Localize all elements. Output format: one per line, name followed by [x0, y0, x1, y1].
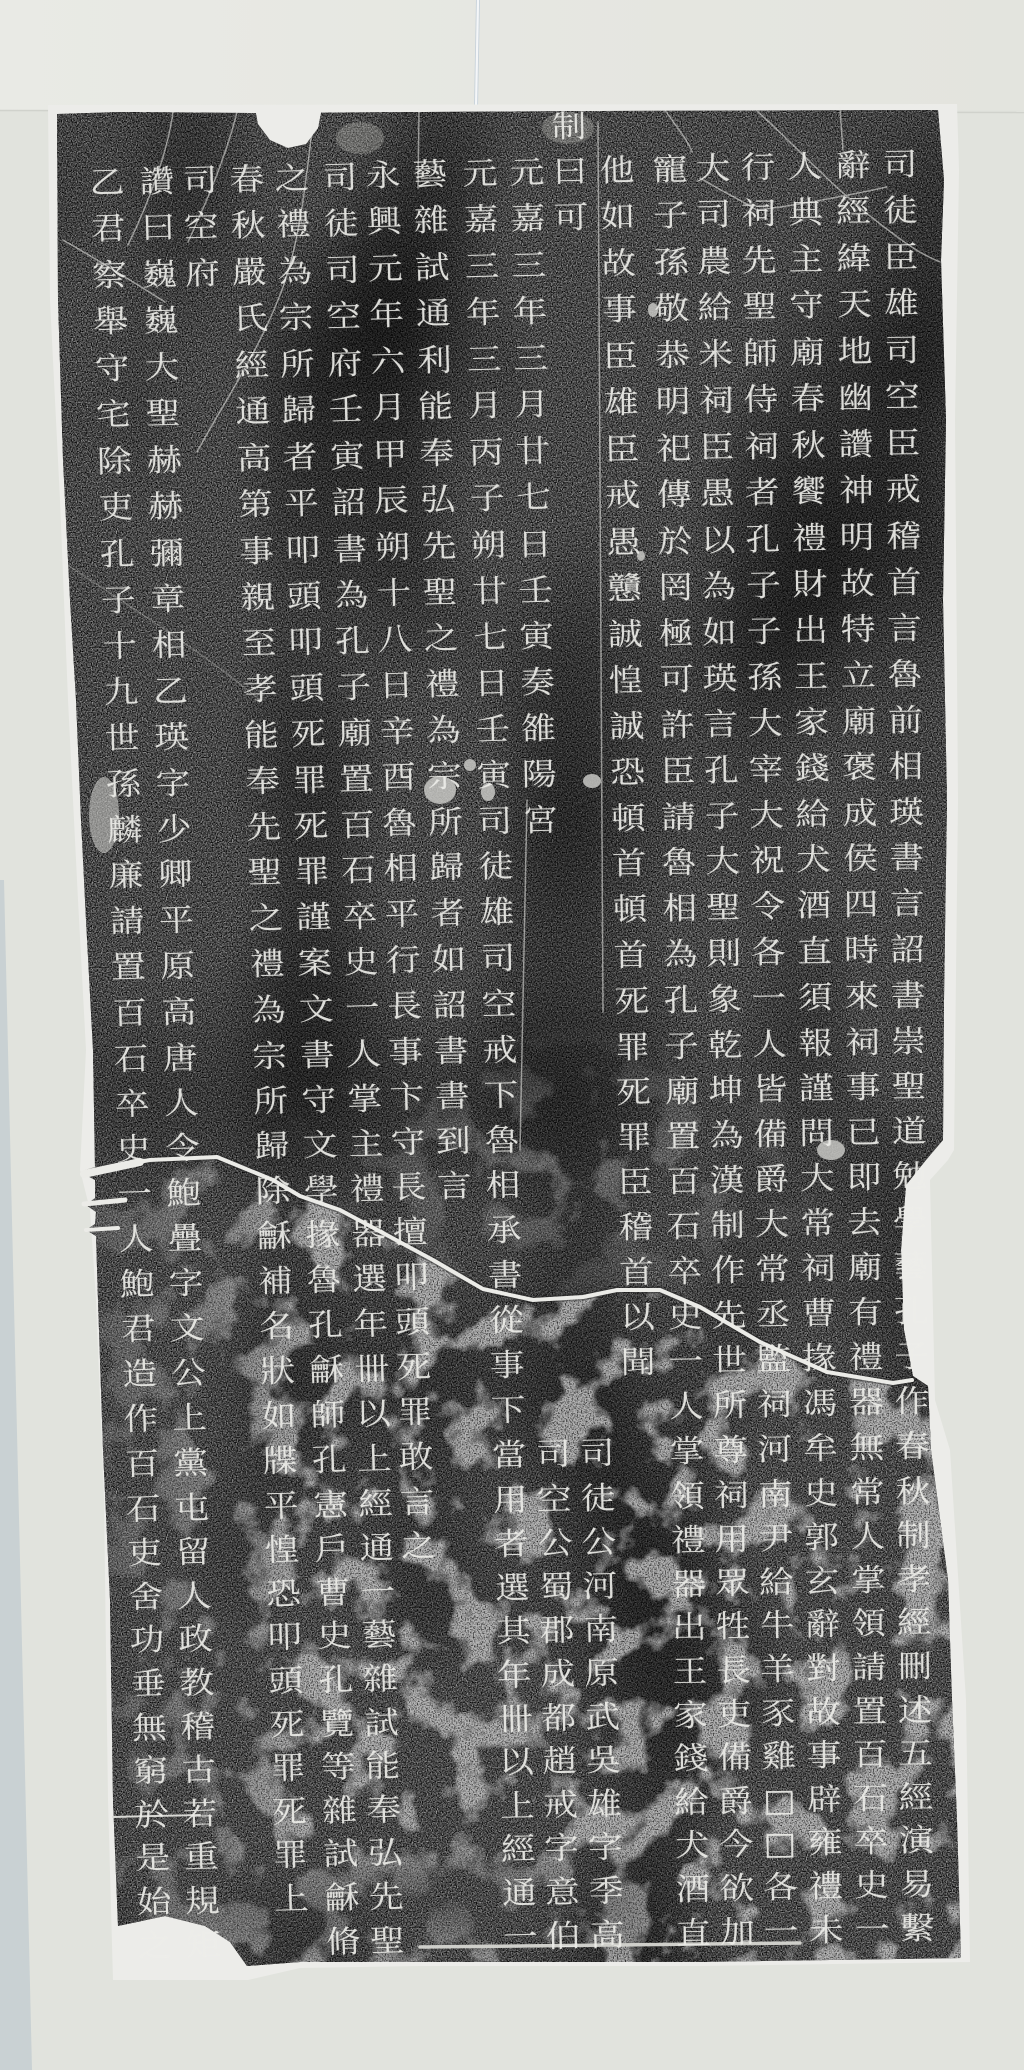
inscription-character: 主 — [781, 237, 831, 284]
inscription-character: 世 — [97, 716, 148, 763]
inscription-character: 報 — [791, 1021, 841, 1067]
inscription-character: 氏 — [225, 295, 275, 343]
inscription-character: 聖 — [362, 1919, 412, 1964]
inscription-character: 第 — [230, 481, 280, 529]
inscription-character: 徒 — [573, 1476, 623, 1522]
inscription-character: 常 — [793, 1201, 843, 1247]
inscription-character: 戇 — [599, 566, 649, 613]
inscription-character: 壬 — [321, 386, 372, 434]
inscription-character: 乾 — [700, 1023, 750, 1069]
inscription-character: 宗 — [419, 754, 469, 801]
inscription-character: 書 — [883, 973, 933, 1019]
inscription-character: 嘉 — [503, 196, 553, 244]
inscription-character: 丙 — [461, 430, 511, 478]
inscription-character: 司 — [175, 157, 226, 205]
inscription-character: 去 — [840, 1200, 890, 1246]
inscription-character: 象 — [700, 977, 750, 1023]
inscription-character: 家 — [787, 700, 837, 746]
inscription-character: 大 — [137, 344, 187, 392]
inscription-character: 大 — [792, 1156, 842, 1202]
inscription-character: 十 — [94, 624, 145, 671]
inscription-character: 尊 — [706, 1429, 756, 1475]
inscription-character: 爵 — [746, 1157, 796, 1203]
inscription-character: 弘 — [413, 477, 463, 525]
inscription-character: 侯 — [836, 836, 886, 882]
inscription-character: 公 — [574, 1521, 624, 1566]
inscription-character: 雄 — [596, 380, 646, 427]
inscription-character: 五 — [891, 1732, 941, 1776]
inscription-character: 豕 — [753, 1692, 803, 1736]
inscription-character: 可 — [546, 195, 596, 243]
inscription-character: 卒 — [846, 1821, 896, 1865]
blank-cell — [517, 889, 567, 936]
inscription-character: 為 — [243, 987, 293, 1034]
inscription-character: 犬 — [788, 838, 838, 884]
inscription-character: 奉 — [359, 1788, 409, 1833]
inscription-character: 守 — [294, 1077, 345, 1123]
inscription-character: 如 — [424, 937, 474, 984]
inscription-character: 經 — [227, 342, 277, 390]
inscription-character: 故 — [799, 1691, 849, 1735]
inscription-character: 三 — [504, 243, 554, 291]
inscription-character: 選 — [487, 1567, 537, 1612]
inscription-character: 河 — [750, 1427, 800, 1473]
inscription-character: 赫 — [139, 437, 189, 485]
inscription-character: 廟 — [657, 1070, 707, 1116]
inscription-character: 孔 — [738, 517, 788, 564]
inscription-character: 首 — [879, 560, 929, 607]
inscription-character: 都 — [534, 1697, 584, 1742]
inscription-character: 牲 — [708, 1606, 758, 1650]
inscription-character: 經 — [829, 189, 879, 236]
inscription-character: 孫 — [740, 655, 790, 701]
inscription-character: 之 — [241, 895, 291, 942]
inscription-character: 從 — [481, 1298, 531, 1344]
inscription-character: 至 — [234, 621, 284, 668]
inscription-character: 褒 — [835, 745, 885, 791]
inscription-character: 已 — [839, 1110, 889, 1156]
inscription-character: 眾 — [708, 1562, 758, 1606]
inscription-character: 一 — [353, 1570, 403, 1615]
inscription-column-16: 司空府 — [177, 157, 225, 298]
inscription-character: 牟 — [796, 1426, 846, 1472]
inscription-character: 試 — [356, 1701, 406, 1746]
inscription-character: 三 — [457, 244, 507, 292]
inscription-character: 請 — [654, 795, 704, 841]
inscription-character: 廟 — [834, 699, 884, 745]
inscription-character: 史 — [309, 1614, 360, 1659]
inscription-character: 府 — [320, 340, 371, 388]
inscription-character: 為 — [326, 572, 377, 620]
inscription-character: 龢 — [249, 1214, 299, 1260]
inscription-character: 置 — [658, 1115, 708, 1161]
inscription-character: 奉 — [412, 431, 462, 479]
inscription-character: 則 — [699, 931, 749, 977]
inscription-character: 極 — [651, 612, 701, 658]
inscription-character: 長 — [709, 1649, 759, 1693]
inscription-character: 稽 — [173, 1705, 223, 1750]
inscription-character: 春 — [783, 376, 833, 423]
inscription-character: 酒 — [668, 1868, 718, 1912]
inscription-character: 人 — [745, 1022, 795, 1068]
inscription-character: 公 — [530, 1522, 580, 1567]
inscription-character: 常 — [747, 1247, 797, 1293]
inscription-character: 各 — [743, 930, 793, 976]
inscription-character: 祠 — [706, 1474, 756, 1520]
inscription-character: 掾 — [298, 1212, 349, 1258]
inscription-character: 空 — [176, 204, 227, 252]
inscription-character: 他 — [592, 148, 642, 195]
inscription-character: 卒 — [107, 1082, 157, 1128]
inscription-character: 祠 — [793, 1246, 843, 1292]
inscription-character: 府 — [177, 250, 228, 298]
inscription-character: 到 — [428, 1119, 478, 1165]
blank-cell — [565, 1116, 615, 1162]
inscription-character: 欲 — [712, 1867, 762, 1911]
blank-cell — [527, 1387, 577, 1433]
inscription-character: 漢 — [702, 1159, 752, 1205]
inscription-character: 令 — [743, 884, 793, 930]
inscription-character: 司 — [470, 799, 520, 846]
inscription-character: 聖 — [698, 885, 748, 931]
inscription-character: 一 — [661, 1340, 711, 1386]
inscription-character: 愚 — [693, 471, 743, 518]
inscription-character: 子 — [887, 1334, 937, 1379]
inscription-character: 唐 — [155, 1035, 205, 1082]
inscription-character: 未 — [801, 1909, 851, 1953]
inscription-character: 憲 — [305, 1482, 356, 1528]
inscription-character: 司 — [315, 154, 366, 202]
inscription-character: 當 — [484, 1433, 534, 1479]
inscription-character: 直 — [668, 1912, 718, 1956]
inscription-character: 鮑 — [112, 1262, 162, 1308]
inscription-character: 字 — [148, 760, 198, 807]
inscription-character: 死 — [607, 979, 657, 1026]
inscription-character: 大 — [742, 793, 792, 839]
inscription-character: 聖 — [240, 850, 290, 897]
inscription-character: 朔 — [463, 523, 513, 571]
inscription-character: 須 — [790, 975, 840, 1021]
inscription-character: 勉 — [885, 1154, 935, 1199]
inscription-character: 書 — [480, 1253, 530, 1299]
blank-cell — [518, 935, 568, 982]
inscription-character: 寅 — [511, 615, 561, 662]
inscription-character: 通 — [352, 1526, 402, 1571]
inscription-character: 孔 — [304, 1437, 355, 1483]
inscription-character: 人 — [843, 1515, 893, 1559]
inscription-character: 能 — [236, 712, 286, 759]
inscription-character: 年 — [361, 292, 411, 340]
blank-cell — [552, 474, 602, 522]
inscription-character: 矩 — [178, 1923, 228, 1968]
blank-cell — [567, 1206, 617, 1252]
inscription-character: 覽 — [312, 1701, 363, 1746]
inscription-character: 辟 — [800, 1778, 850, 1822]
inscription-character: 玄 — [797, 1560, 847, 1604]
inscription-character: 伯 — [538, 1915, 588, 1960]
inscription-character: 大 — [688, 146, 738, 193]
blank-cell — [516, 844, 566, 891]
inscription-character: 蜀 — [531, 1566, 581, 1611]
inscription-character: 王 — [665, 1650, 715, 1694]
inscription-character: 頓 — [605, 887, 655, 934]
inscription-character: 事 — [838, 1065, 888, 1111]
inscription-character: 巍 — [134, 251, 184, 299]
inscription-character: 今 — [711, 1824, 761, 1868]
inscription-character: 故 — [594, 241, 644, 288]
inscription-character: 功 — [122, 1619, 172, 1664]
inscription-character: 平 — [151, 898, 201, 945]
inscription-character: 規 — [177, 1879, 227, 1924]
inscription-character: 司 — [875, 142, 925, 189]
inscription-character: 脩 — [318, 1919, 369, 1964]
inscription-character: 司 — [572, 1431, 622, 1477]
inscription-character: 孫 — [98, 761, 149, 808]
inscription-character: 子 — [328, 664, 378, 711]
blank-cell — [555, 614, 605, 661]
inscription-character: 器 — [664, 1563, 714, 1607]
blank-cell — [568, 1251, 618, 1297]
inscription-character: 疊 — [160, 1216, 210, 1262]
inscription-character: 下 — [476, 1073, 526, 1119]
inscription-character: 寅 — [322, 433, 373, 481]
inscription-character: 令 — [157, 1126, 207, 1172]
inscription-character: 尹 — [751, 1517, 801, 1561]
inscription-character: 雄 — [579, 1783, 629, 1828]
inscription-character: □ — [754, 1779, 804, 1823]
inscription-character: 主 — [341, 1121, 391, 1167]
inscription-character: 雞 — [754, 1735, 804, 1779]
inscription-character: 瑛 — [881, 790, 931, 836]
inscription-character: 一 — [847, 1908, 897, 1952]
inscription-character: 死 — [608, 1070, 658, 1116]
inscription-character: 明 — [832, 515, 882, 562]
inscription-character: 秋 — [223, 202, 273, 250]
blank-cell — [525, 1252, 575, 1298]
inscription-character: 春 — [222, 156, 272, 204]
inscription-character: 死 — [286, 803, 337, 850]
inscription-character: 秋 — [783, 423, 833, 470]
inscription-character: 一 — [109, 1172, 159, 1218]
blank-cell — [556, 659, 606, 706]
inscription-character: 歸 — [422, 846, 472, 893]
inscription-character: 祠 — [838, 1020, 888, 1066]
inscription-character: 祀 — [649, 426, 699, 473]
inscription-character: 為 — [694, 564, 744, 611]
inscription-character: 子 — [739, 563, 789, 610]
inscription-character: 能 — [410, 384, 460, 432]
inscription-character: 雍 — [800, 1822, 850, 1866]
blank-cell — [558, 751, 608, 798]
inscription-character: 九 — [96, 670, 147, 717]
inscription-character: 子 — [93, 577, 144, 625]
inscription-character: 郭 — [797, 1516, 847, 1560]
inscription-character: 許 — [652, 703, 702, 749]
inscription-character: 藝 — [354, 1613, 404, 1658]
inscription-character: 百 — [117, 1442, 167, 1488]
inscription-character: 日 — [467, 661, 517, 708]
inscription-character: 上 — [349, 1436, 399, 1482]
inscription-character: 特 — [833, 608, 883, 654]
inscription-character: 奉 — [237, 758, 287, 805]
inscription-character: 罪 — [263, 1746, 313, 1791]
inscription-character: 是 — [128, 1837, 178, 1882]
inscription-character: 雒 — [513, 706, 563, 753]
inscription-character: 先 — [704, 1294, 754, 1340]
blank-cell — [549, 335, 599, 383]
inscription-character: 禮 — [242, 941, 292, 988]
inscription-character: 空 — [474, 982, 524, 1029]
inscription-character: 子 — [462, 476, 512, 524]
inscription-character: 屯 — [167, 1486, 217, 1532]
inscription-character: 事 — [231, 528, 281, 576]
inscription-character: 者 — [423, 891, 473, 938]
inscription-character: 瑛 — [146, 714, 196, 761]
inscription-character: 上 — [164, 1396, 214, 1442]
inscription-character: 公 — [163, 1351, 213, 1397]
inscription-character: 君 — [113, 1307, 163, 1353]
inscription-character: 所 — [246, 1079, 296, 1125]
inscription-character: 用 — [485, 1478, 535, 1524]
inscription-character: 孔 — [886, 1289, 936, 1334]
inscription-character: 史 — [796, 1471, 846, 1517]
inscription-character: 財 — [785, 562, 835, 609]
inscription-character: 所 — [272, 341, 323, 389]
inscription-character: 吏 — [91, 485, 142, 533]
inscription-character: 武 — [578, 1696, 628, 1741]
inscription-character: 鮑 — [158, 1171, 208, 1217]
inscription-character: 備 — [710, 1736, 760, 1780]
inscription-character: 寅 — [469, 753, 519, 800]
blank-cell — [562, 980, 612, 1027]
inscription-character: 謹 — [288, 894, 339, 941]
inscription-character: 一 — [337, 985, 387, 1032]
blank-cell — [523, 1162, 573, 1208]
inscription-character: 作 — [116, 1397, 166, 1443]
inscription-character: 謹 — [791, 1066, 841, 1112]
inscription-character: 故 — [833, 561, 883, 608]
inscription-character: 罪 — [265, 1834, 315, 1879]
inscription-character: 寵 — [645, 147, 695, 194]
inscription-character: 者 — [275, 434, 326, 482]
inscription-character: 時 — [837, 928, 887, 974]
inscription-character: 酒 — [789, 883, 839, 929]
inscription-character: 聖 — [415, 570, 465, 618]
inscription-character: 河 — [575, 1565, 625, 1610]
inscription-character: 請 — [844, 1646, 894, 1690]
inscription-character: 六 — [363, 339, 413, 387]
inscription-character: 所 — [420, 800, 470, 847]
inscription-character: 死 — [283, 711, 334, 758]
inscription-character: 垂 — [123, 1662, 173, 1707]
inscription-character: 作 — [703, 1249, 753, 1295]
inscription-character: 日 — [510, 522, 560, 570]
inscription-character: 請 — [102, 899, 153, 946]
inscription-character: 上 — [492, 1785, 542, 1830]
inscription-character: 平 — [256, 1483, 306, 1529]
inscription-character: 奏 — [512, 660, 562, 707]
inscription-character: 上 — [266, 1877, 316, 1922]
inscription-character: 彌 — [142, 530, 192, 578]
inscription-character: 高 — [154, 989, 204, 1036]
inscription-character: 直 — [790, 929, 840, 975]
inscription-character: 字 — [161, 1261, 211, 1307]
inscription-character: 高 — [229, 435, 279, 483]
rubbing-photo: 司徒臣雄司空臣戒稽首言魯前相瑛書言詔書崇聖道勉學藝孔子作春秋制孝經刪述五經演易繫… — [0, 0, 1024, 2070]
inscription-character: 祠 — [691, 378, 741, 425]
inscription-character: 孫 — [646, 240, 696, 287]
inscription-character: 七 — [465, 616, 515, 663]
inscription-character: 愚 — [599, 520, 649, 567]
inscription-character: 出 — [664, 1607, 714, 1651]
inscription-character: 人 — [156, 1081, 206, 1127]
inscription-character: 宅 — [88, 392, 139, 440]
inscription-character: 之 — [416, 617, 466, 664]
inscription-character: 通 — [494, 1872, 544, 1917]
blank-cell — [522, 1117, 572, 1163]
inscription-character: 史 — [847, 1864, 897, 1908]
inscription-character: 始 — [129, 1880, 179, 1925]
inscription-character: 先 — [239, 804, 289, 851]
inscription-character: 原 — [577, 1652, 627, 1697]
inscription-character: 學 — [885, 1199, 935, 1244]
inscription-character: 禮 — [268, 201, 319, 249]
inscription-character: 除 — [89, 438, 140, 486]
inscription-character: 四 — [836, 882, 886, 928]
inscription-character: 聖 — [735, 284, 785, 331]
inscription-character: 石 — [659, 1205, 709, 1251]
inscription-character: 大 — [698, 840, 748, 886]
inscription-character: 宮 — [515, 798, 565, 845]
inscription-character: 選 — [344, 1256, 394, 1302]
inscription-character: 無 — [124, 1706, 174, 1751]
inscription-character: 崇 — [884, 1019, 934, 1065]
inscription-character: 臣 — [597, 427, 647, 474]
inscription-character: 龢 — [317, 1876, 368, 1921]
inscription-character: 典 — [781, 190, 831, 237]
inscription-character: 恐 — [603, 750, 653, 797]
inscription-character: 陽 — [514, 752, 564, 799]
inscription-character: 掾 — [794, 1336, 844, 1382]
inscription-character: 年 — [458, 290, 508, 338]
inscription-character: 禮 — [841, 1335, 891, 1381]
inscription-character: 試 — [316, 1832, 367, 1877]
inscription-character: 人 — [661, 1385, 711, 1431]
inscription-character: 空 — [529, 1477, 579, 1523]
inscription-character: 相 — [655, 886, 705, 932]
inscription-character: 年 — [489, 1654, 539, 1699]
inscription-character: 家 — [666, 1694, 716, 1738]
inscription-character: 幽 — [831, 375, 881, 422]
inscription-character: 辭 — [798, 1604, 848, 1648]
inscription-character: 稽 — [611, 1205, 661, 1251]
inscription-character: 書 — [292, 1032, 343, 1079]
inscription-character: 通 — [408, 291, 458, 339]
inscription-character: 如 — [254, 1394, 304, 1440]
inscription-character: 刪 — [890, 1645, 940, 1689]
inscription-character: 經 — [493, 1828, 543, 1873]
inscription-character: 罪 — [284, 757, 335, 804]
blank-cell — [559, 797, 609, 844]
inscription-character: 用 — [707, 1519, 757, 1563]
inscription-character: 壬 — [468, 707, 518, 754]
inscription-character: 成 — [533, 1653, 583, 1698]
inscription-character: 臣 — [876, 235, 926, 282]
inscription-character: 丞 — [748, 1292, 798, 1338]
inscription-character: 詔 — [323, 479, 374, 527]
inscription-character: 無 — [842, 1425, 892, 1471]
inscription-character: 惶 — [601, 658, 651, 705]
